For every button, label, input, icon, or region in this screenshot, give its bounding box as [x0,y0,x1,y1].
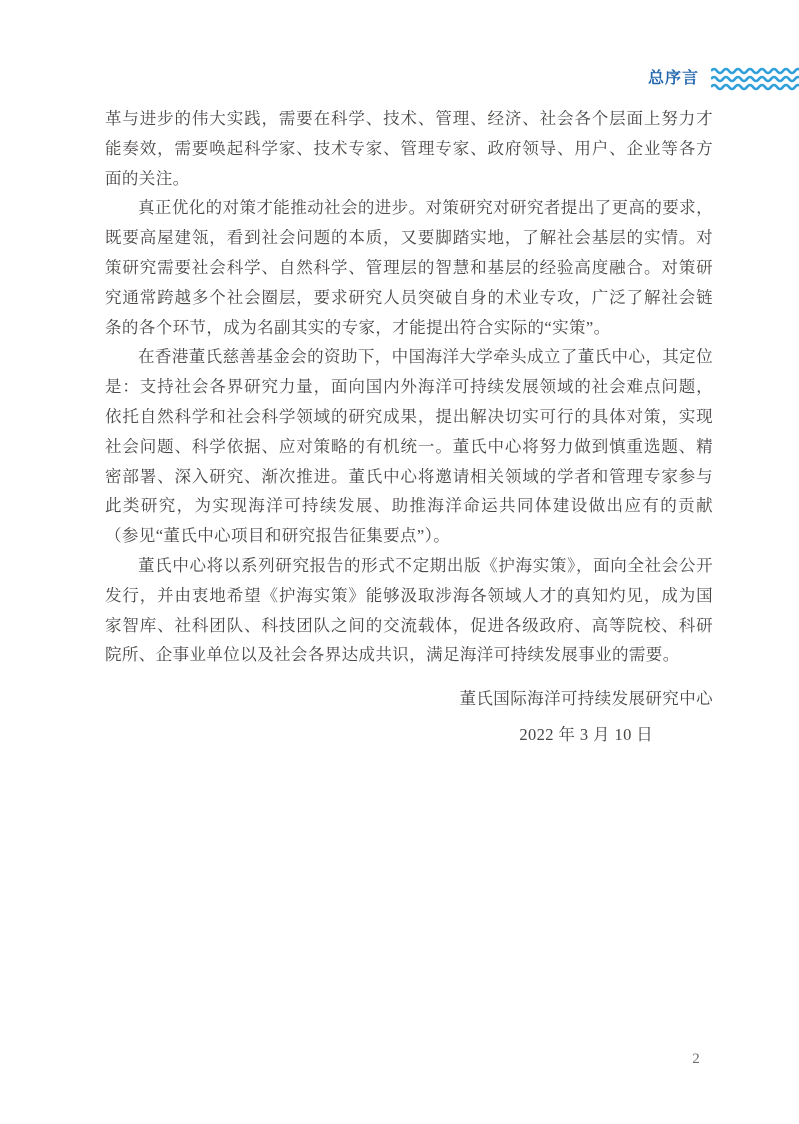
paragraph: 真正优化的对策才能推动社会的进步。对策研究对研究者提出了更高的要求，既要高屋建瓴… [105,193,713,342]
signature-organization: 董氏国际海洋可持续发展研究中心 [460,684,714,714]
document-page: 总序言 革与进步的伟大实践，需要在科学、技术、管理、经济、社会各个层面上努力才能… [0,0,799,1124]
paragraph: 在香港董氏慈善基金会的资助下，中国海洋大学牵头成立了董氏中心，其定位是：支持社会… [105,342,713,551]
paragraph: 革与进步的伟大实践，需要在科学、技术、管理、经济、社会各个层面上努力才能奏效，需… [105,104,713,193]
body-text: 革与进步的伟大实践，需要在科学、技术、管理、经济、社会各个层面上努力才能奏效，需… [105,104,713,750]
paragraph: 董氏中心将以系列研究报告的形式不定期出版《护海实策》，面向全社会公开发行，并由衷… [105,551,713,670]
section-title: 总序言 [648,65,699,93]
wave-lines-icon [711,65,799,93]
signature-date: 2022 年 3 月 10 日 [460,720,714,750]
page-number: 2 [664,1051,728,1068]
signature-block: 董氏国际海洋可持续发展研究中心 2022 年 3 月 10 日 [105,684,713,750]
page-header: 总序言 [648,65,799,93]
